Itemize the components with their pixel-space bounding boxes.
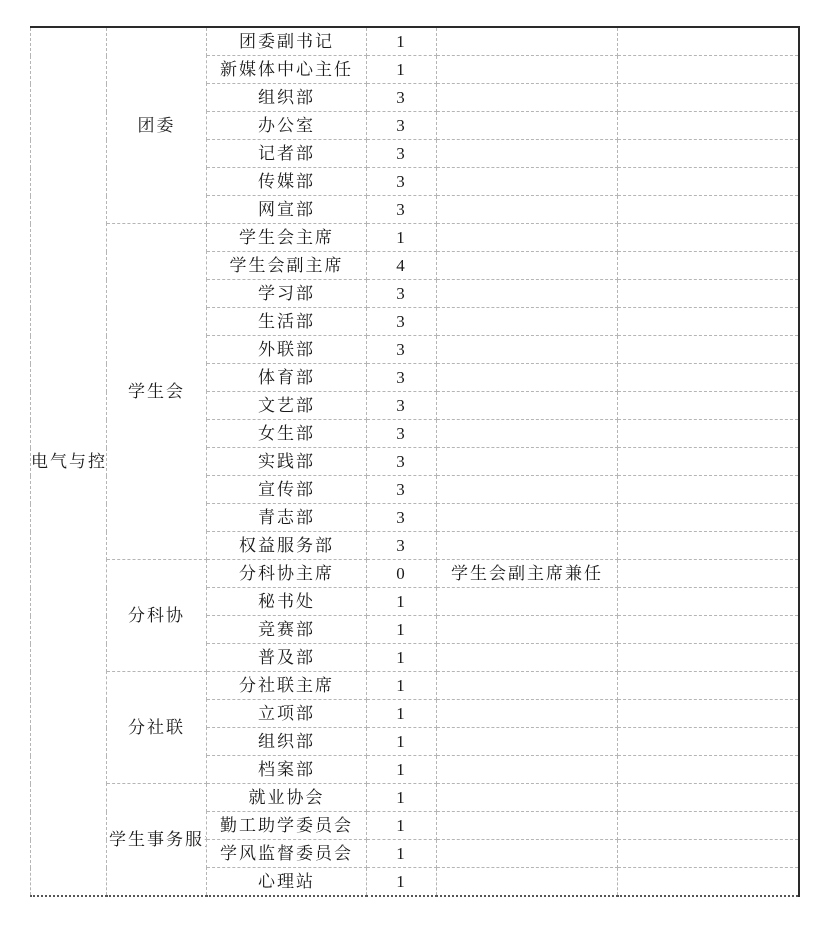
note-cell [437,784,618,812]
group-cell: 分科协 [107,560,207,672]
note-cell [437,420,618,448]
note-cell [437,812,618,840]
extra-cell [618,476,799,504]
extra-cell [618,336,799,364]
extra-cell [618,448,799,476]
extra-cell [618,532,799,560]
staffing-table: 电气与控制工程学院团委团委副书记1新媒体中心主任1组织部3办公室3记者部3传媒部… [30,26,800,897]
extra-cell [618,392,799,420]
extra-cell [618,672,799,700]
count-cell: 1 [367,644,437,672]
note-cell [437,504,618,532]
extra-cell [618,588,799,616]
position-cell: 竞赛部 [207,616,367,644]
position-cell: 青志部 [207,504,367,532]
position-cell: 组织部 [207,84,367,112]
count-cell: 4 [367,252,437,280]
extra-cell [618,196,799,224]
extra-cell [618,812,799,840]
count-cell: 3 [367,336,437,364]
note-cell [437,168,618,196]
count-cell: 3 [367,168,437,196]
note-cell: 学生会副主席兼任 [437,560,618,588]
position-cell: 传媒部 [207,168,367,196]
position-cell: 组织部 [207,728,367,756]
count-cell: 3 [367,364,437,392]
extra-cell [618,252,799,280]
count-cell: 3 [367,504,437,532]
position-cell: 普及部 [207,644,367,672]
extra-cell [618,420,799,448]
note-cell [437,56,618,84]
note-cell [437,616,618,644]
position-cell: 立项部 [207,700,367,728]
extra-cell [618,504,799,532]
note-cell [437,700,618,728]
position-cell: 体育部 [207,364,367,392]
extra-cell [618,728,799,756]
count-cell: 1 [367,868,437,897]
group-cell: 学生会 [107,224,207,560]
extra-cell [618,280,799,308]
count-cell: 1 [367,56,437,84]
group-cell: 团委 [107,27,207,224]
count-cell: 1 [367,700,437,728]
note-cell [437,672,618,700]
note-cell [437,588,618,616]
extra-cell [618,560,799,588]
note-cell [437,392,618,420]
table-row: 学生事务服务中心就业协会1 [31,784,799,812]
count-cell: 3 [367,280,437,308]
extra-cell [618,27,799,56]
note-cell [437,112,618,140]
count-cell: 1 [367,27,437,56]
position-cell: 宣传部 [207,476,367,504]
group-cell: 学生事务服务中心 [107,784,207,897]
count-cell: 3 [367,140,437,168]
note-cell [437,336,618,364]
note-cell [437,280,618,308]
position-cell: 学生会主席 [207,224,367,252]
count-cell: 3 [367,196,437,224]
group-cell: 分社联 [107,672,207,784]
college-cell: 电气与控制工程学院 [31,27,107,896]
extra-cell [618,224,799,252]
position-cell: 记者部 [207,140,367,168]
position-cell: 学生会副主席 [207,252,367,280]
count-cell: 3 [367,308,437,336]
position-cell: 秘书处 [207,588,367,616]
position-cell: 分社联主席 [207,672,367,700]
count-cell: 0 [367,560,437,588]
note-cell [437,644,618,672]
table-row: 电气与控制工程学院团委团委副书记1 [31,27,799,56]
note-cell [437,364,618,392]
position-cell: 档案部 [207,756,367,784]
position-cell: 学习部 [207,280,367,308]
extra-cell [618,140,799,168]
count-cell: 1 [367,224,437,252]
extra-cell [618,168,799,196]
note-cell [437,728,618,756]
note-cell [437,308,618,336]
position-cell: 网宣部 [207,196,367,224]
extra-cell [618,56,799,84]
position-cell: 心理站 [207,868,367,897]
note-cell [437,224,618,252]
note-cell [437,532,618,560]
count-cell: 1 [367,756,437,784]
count-cell: 3 [367,448,437,476]
position-cell: 女生部 [207,420,367,448]
note-cell [437,84,618,112]
extra-cell [618,644,799,672]
position-cell: 团委副书记 [207,27,367,56]
staffing-table-body: 电气与控制工程学院团委团委副书记1新媒体中心主任1组织部3办公室3记者部3传媒部… [31,27,799,896]
count-cell: 3 [367,420,437,448]
count-cell: 3 [367,112,437,140]
extra-cell [618,840,799,868]
count-cell: 1 [367,672,437,700]
count-cell: 3 [367,84,437,112]
position-cell: 权益服务部 [207,532,367,560]
count-cell: 1 [367,840,437,868]
position-cell: 外联部 [207,336,367,364]
count-cell: 1 [367,588,437,616]
extra-cell [618,784,799,812]
table-row: 分社联分社联主席1 [31,672,799,700]
note-cell [437,756,618,784]
count-cell: 1 [367,616,437,644]
position-cell: 生活部 [207,308,367,336]
table-row: 学生会学生会主席1 [31,224,799,252]
extra-cell [618,84,799,112]
note-cell [437,868,618,897]
extra-cell [618,756,799,784]
count-cell: 3 [367,532,437,560]
note-cell [437,252,618,280]
note-cell [437,448,618,476]
count-cell: 1 [367,812,437,840]
position-cell: 学风监督委员会 [207,840,367,868]
count-cell: 3 [367,476,437,504]
note-cell [437,840,618,868]
extra-cell [618,364,799,392]
extra-cell [618,616,799,644]
extra-cell [618,868,799,897]
note-cell [437,27,618,56]
count-cell: 3 [367,392,437,420]
position-cell: 分科协主席 [207,560,367,588]
position-cell: 勤工助学委员会 [207,812,367,840]
extra-cell [618,112,799,140]
note-cell [437,476,618,504]
position-cell: 文艺部 [207,392,367,420]
count-cell: 1 [367,728,437,756]
note-cell [437,196,618,224]
position-cell: 实践部 [207,448,367,476]
note-cell [437,140,618,168]
extra-cell [618,700,799,728]
table-row: 分科协分科协主席0学生会副主席兼任 [31,560,799,588]
position-cell: 办公室 [207,112,367,140]
count-cell: 1 [367,784,437,812]
position-cell: 新媒体中心主任 [207,56,367,84]
position-cell: 就业协会 [207,784,367,812]
extra-cell [618,308,799,336]
